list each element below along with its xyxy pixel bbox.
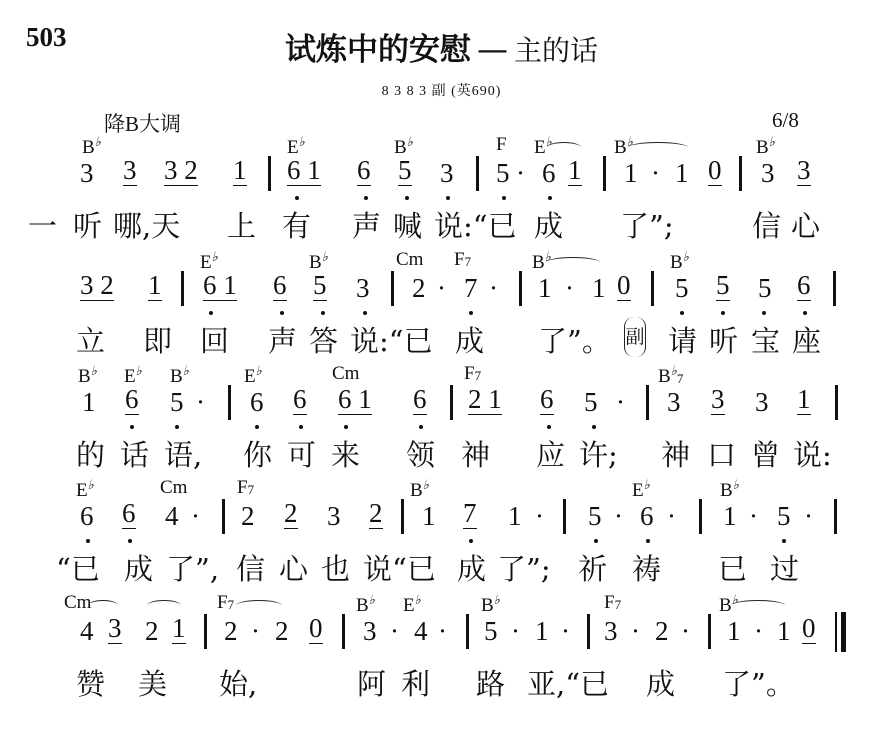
lyric-syllable: 成	[534, 204, 563, 245]
barline	[228, 385, 231, 420]
lyric-syllable: 听	[73, 204, 102, 245]
lyric-syllable: 心	[279, 547, 308, 588]
lyric-syllable: 成	[455, 319, 484, 360]
lyric-syllable: 祷	[632, 547, 661, 588]
lyric-syllable: 说“已	[363, 547, 436, 588]
title-main: 试炼中的安慰	[285, 32, 471, 68]
lyric-syllable: 宝	[751, 319, 780, 360]
note: 1	[82, 387, 96, 417]
note: 5	[675, 273, 689, 303]
lyric-syllable: 了”;	[497, 547, 551, 588]
low-octave-dot	[548, 196, 552, 200]
lyric-syllable: 信	[236, 547, 265, 588]
chord-symbol: E♭	[76, 477, 94, 502]
staff-system: E♭B♭CmF7B♭B♭3 216 16532·7·1·105556立即回声答说…	[0, 253, 883, 365]
note: 3	[327, 501, 341, 531]
lyric-syllable: 阿	[357, 662, 386, 703]
barline	[450, 385, 453, 420]
low-octave-dot	[344, 425, 348, 429]
duration-dot: ·	[616, 387, 625, 417]
barline	[342, 614, 345, 649]
note: 1	[148, 273, 162, 301]
staff-system: CmF7B♭E♭B♭F7B♭43212·203·4·5·1·3·2·1·10赞美…	[0, 596, 883, 708]
tie-slur	[731, 600, 785, 611]
duration-dot: ·	[438, 616, 447, 646]
barline	[476, 156, 479, 191]
duration-dot: ·	[516, 158, 525, 188]
tie-slur	[88, 600, 118, 611]
low-octave-dot	[646, 539, 650, 543]
chord-symbol: B♭	[356, 592, 375, 617]
low-octave-dot	[680, 311, 684, 315]
lyric-syllable: “已	[56, 547, 100, 588]
barline	[739, 156, 742, 191]
lyric-syllable: 了”,	[166, 547, 219, 588]
lyric-syllable: 回	[200, 319, 229, 360]
note: 1	[777, 616, 791, 646]
lyric-syllable: 心	[791, 204, 820, 245]
lyric-syllable: 成	[457, 547, 486, 588]
lyric-syllable: 美	[138, 662, 167, 703]
note: 2	[284, 501, 298, 529]
duration-dot: ·	[614, 501, 623, 531]
title-separator: —	[471, 32, 514, 68]
chord-symbol: F	[496, 134, 507, 156]
note: 2	[224, 616, 238, 646]
note: 0	[617, 273, 631, 301]
lyric-syllable: 应	[536, 433, 565, 474]
lyric-syllable: 说:“已	[434, 204, 517, 245]
note: 6	[293, 387, 307, 415]
note: 2	[241, 501, 255, 531]
chord-symbol: F7	[217, 592, 234, 614]
note: 0	[309, 616, 323, 644]
barline	[587, 614, 590, 649]
barline	[181, 271, 184, 306]
chord-symbol: E♭	[244, 363, 262, 388]
hymn-title: 试炼中的安慰—主的话	[0, 24, 883, 69]
lyric-syllable: 声	[352, 204, 381, 245]
lyric-syllable: 曾	[751, 433, 780, 474]
low-octave-dot	[721, 311, 725, 315]
note: 1	[592, 273, 606, 303]
note: 3	[108, 616, 122, 644]
note: 3	[755, 387, 769, 417]
lyric-syllable: 亚,“已	[527, 662, 609, 703]
lyric-syllable: 答	[309, 319, 338, 360]
low-octave-dot	[128, 539, 132, 543]
chord-symbol: B♭	[670, 249, 689, 274]
note: 3	[604, 616, 618, 646]
duration-dot: ·	[651, 158, 660, 188]
barline	[699, 499, 702, 534]
chord-symbol: Cm	[332, 363, 359, 385]
duration-dot: ·	[754, 616, 763, 646]
low-octave-dot	[130, 425, 134, 429]
note: 6	[122, 501, 136, 529]
barline	[401, 499, 404, 534]
lyric-syllable: 说:“已	[350, 319, 433, 360]
note: 1	[624, 158, 638, 188]
chord-symbol: B♭	[82, 134, 101, 159]
chord-symbol: F7	[454, 249, 471, 271]
barline	[466, 614, 469, 649]
lyric-syllable: 领	[406, 433, 435, 474]
note: 1	[675, 158, 689, 188]
duration-dot: ·	[251, 616, 260, 646]
duration-dot: ·	[489, 273, 498, 303]
duration-dot: ·	[631, 616, 640, 646]
chord-symbol: B♭	[78, 363, 97, 388]
lyric-syllable: 赞	[76, 662, 105, 703]
duration-dot: ·	[191, 501, 200, 531]
barline	[519, 271, 522, 306]
lyric-syllable: 说:	[793, 433, 832, 474]
barline	[268, 156, 271, 191]
note: 1	[727, 616, 741, 646]
note: 5	[484, 616, 498, 646]
note: 6	[357, 158, 371, 186]
note: 4	[414, 616, 428, 646]
note: 5	[777, 501, 791, 531]
note: 3 2	[80, 273, 114, 301]
low-octave-dot	[86, 539, 90, 543]
note: 2	[275, 616, 289, 646]
chord-symbol: B♭	[481, 592, 500, 617]
lyric-syllable: 可	[287, 433, 316, 474]
note: 4	[165, 501, 179, 531]
note: 1	[535, 616, 549, 646]
lyric-syllable: 上	[227, 204, 256, 245]
time-signature: 6/8	[772, 108, 799, 133]
note: 6	[80, 501, 94, 531]
low-octave-dot	[295, 196, 299, 200]
lyric-syllable: 听	[709, 319, 738, 360]
note: 2	[369, 501, 383, 529]
low-octave-dot	[469, 311, 473, 315]
note: 6	[273, 273, 287, 301]
tie-slur	[547, 142, 581, 153]
low-octave-dot	[364, 196, 368, 200]
lyric-syllable: 声	[268, 319, 297, 360]
low-octave-dot	[405, 196, 409, 200]
low-octave-dot	[803, 311, 807, 315]
low-octave-dot	[321, 311, 325, 315]
low-octave-dot	[363, 311, 367, 315]
low-octave-dot	[594, 539, 598, 543]
chord-symbol: F7	[604, 592, 621, 614]
lyric-syllable: 已	[718, 547, 747, 588]
barline	[835, 385, 838, 420]
lyric-syllable: 成	[124, 547, 153, 588]
note: 3	[80, 158, 94, 188]
note: 0	[708, 158, 722, 186]
lyric-syllable: 了”。	[538, 319, 611, 360]
barline	[603, 156, 606, 191]
note: 3	[667, 387, 681, 417]
note: 5	[170, 387, 184, 417]
note: 3	[797, 158, 811, 186]
lyric-syllable: 许;	[579, 433, 618, 474]
low-octave-dot	[299, 425, 303, 429]
duration-dot: ·	[196, 387, 205, 417]
lyric-syllable: 神	[461, 433, 490, 474]
duration-dot: ·	[804, 501, 813, 531]
note: 2	[412, 273, 426, 303]
note: 1	[538, 273, 552, 303]
lyric-syllable: 立	[76, 319, 105, 360]
tie-slur	[147, 600, 181, 611]
note: 1	[422, 501, 436, 531]
lyric-syllable: 来	[331, 433, 360, 474]
low-octave-dot	[419, 425, 423, 429]
lyric-syllable: 过	[770, 547, 799, 588]
duration-dot: ·	[561, 616, 570, 646]
lyric-syllable: 请	[668, 319, 697, 360]
note: 2 1	[468, 387, 502, 415]
staff-system: B♭E♭B♭FE♭B♭B♭333 216 16535·611·1033一听哪,天…	[0, 138, 883, 250]
duration-dot: ·	[749, 501, 758, 531]
note: 6	[640, 501, 654, 531]
note: 6	[542, 158, 556, 188]
lyric-syllable: 利	[401, 662, 430, 703]
note: 6 1	[338, 387, 372, 415]
note: 6	[250, 387, 264, 417]
low-octave-dot	[446, 196, 450, 200]
tie-slur	[628, 142, 688, 153]
chord-symbol: F7	[464, 363, 481, 385]
note: 1	[568, 158, 582, 186]
low-octave-dot	[175, 425, 179, 429]
low-octave-dot	[782, 539, 786, 543]
note: 6	[797, 273, 811, 301]
low-octave-dot	[762, 311, 766, 315]
note: 5	[584, 387, 598, 417]
note: 7	[463, 501, 477, 529]
staff-system: E♭CmF7B♭E♭B♭664·2232171·5·6·1·5·“已成了”,信心…	[0, 481, 883, 593]
note: 3	[440, 158, 454, 188]
barline	[708, 614, 711, 649]
low-octave-dot	[547, 425, 551, 429]
lyric-syllable: 始,	[219, 662, 257, 703]
low-octave-dot	[502, 196, 506, 200]
note: 2	[655, 616, 669, 646]
tie-slur	[236, 600, 282, 611]
barline	[563, 499, 566, 534]
lyric-syllable: 的	[76, 433, 105, 474]
lyric-syllable: 了”;	[620, 204, 674, 245]
note: 7	[464, 273, 478, 303]
note: 1	[172, 616, 186, 644]
title-subtitle: 主的话	[514, 34, 598, 67]
lyric-syllable: 语,	[164, 433, 202, 474]
note: 1	[233, 158, 247, 186]
duration-dot: ·	[535, 501, 544, 531]
note: 0	[802, 616, 816, 644]
meter-info: 8 3 8 3 副 (英690)	[0, 80, 883, 100]
chord-symbol: F7	[237, 477, 254, 499]
chord-symbol: B♭	[756, 134, 775, 159]
lyric-syllable: 神	[661, 433, 690, 474]
note: 5	[398, 158, 412, 186]
chord-symbol: B♭	[720, 477, 739, 502]
lyric-syllable: 成	[646, 662, 675, 703]
low-octave-dot	[255, 425, 259, 429]
note: 5	[588, 501, 602, 531]
chord-symbol: Cm	[160, 477, 187, 499]
note: 3 2	[164, 158, 198, 186]
barline	[834, 499, 837, 534]
low-octave-dot	[469, 539, 473, 543]
barline	[204, 614, 207, 649]
low-octave-dot	[209, 311, 213, 315]
note: 3	[363, 616, 377, 646]
chord-symbol: B♭	[410, 477, 429, 502]
staff-system: B♭E♭B♭E♭CmF7B♭7165·666 162 165·3331的话语,你…	[0, 367, 883, 479]
duration-dot: ·	[437, 273, 446, 303]
key-signature: 降B大调	[104, 108, 181, 138]
note: 3	[711, 387, 725, 415]
note: 5	[496, 158, 510, 188]
tie-slur	[546, 257, 600, 268]
lyric-syllable: 祈	[578, 547, 607, 588]
lyric-syllable: 口	[707, 433, 736, 474]
note: 5	[716, 273, 730, 301]
barline	[391, 271, 394, 306]
lyric-syllable: 座	[792, 319, 821, 360]
barline	[646, 385, 649, 420]
chord-symbol: E♭	[403, 592, 421, 617]
note: 6	[540, 387, 554, 415]
lyric-syllable: 即	[143, 319, 172, 360]
lyric-syllable: 哪,天	[113, 204, 180, 245]
note: 4	[80, 616, 94, 646]
note: 6 1	[203, 273, 237, 301]
lyric-syllable: 信	[752, 204, 781, 245]
lyric-syllable: 路	[476, 662, 505, 703]
note: 3	[123, 158, 137, 186]
duration-dot: ·	[681, 616, 690, 646]
chord-symbol: Cm	[396, 249, 423, 271]
low-octave-dot	[592, 425, 596, 429]
duration-dot: ·	[390, 616, 399, 646]
barline	[222, 499, 225, 534]
lyric-syllable: 喊	[393, 204, 422, 245]
note: 6	[413, 387, 427, 415]
note: 5	[313, 273, 327, 301]
duration-dot: ·	[565, 273, 574, 303]
note: 5	[758, 273, 772, 303]
lyric-syllable: 你	[243, 433, 272, 474]
lyric-syllable: 话	[120, 433, 149, 474]
barline	[651, 271, 654, 306]
note: 2	[145, 616, 159, 646]
barline	[833, 271, 836, 306]
note: 6 1	[287, 158, 321, 186]
refrain-marker: 副	[624, 317, 646, 357]
chord-symbol: E♭	[632, 477, 650, 502]
lyric-syllable: 有	[282, 204, 311, 245]
low-octave-dot	[280, 311, 284, 315]
note: 1	[508, 501, 522, 531]
note: 1	[797, 387, 811, 415]
chord-symbol: B♭7	[658, 363, 683, 388]
note: 1	[723, 501, 737, 531]
chord-symbol: B♭	[170, 363, 189, 388]
note: 3	[356, 273, 370, 303]
lyric-syllable: 了”。	[722, 662, 795, 703]
note: 3	[761, 158, 775, 188]
lyric-syllable: 也	[321, 547, 350, 588]
duration-dot: ·	[667, 501, 676, 531]
duration-dot: ·	[511, 616, 520, 646]
note: 6	[125, 387, 139, 415]
lyric-syllable: 一	[28, 204, 57, 245]
final-barline	[835, 612, 846, 652]
